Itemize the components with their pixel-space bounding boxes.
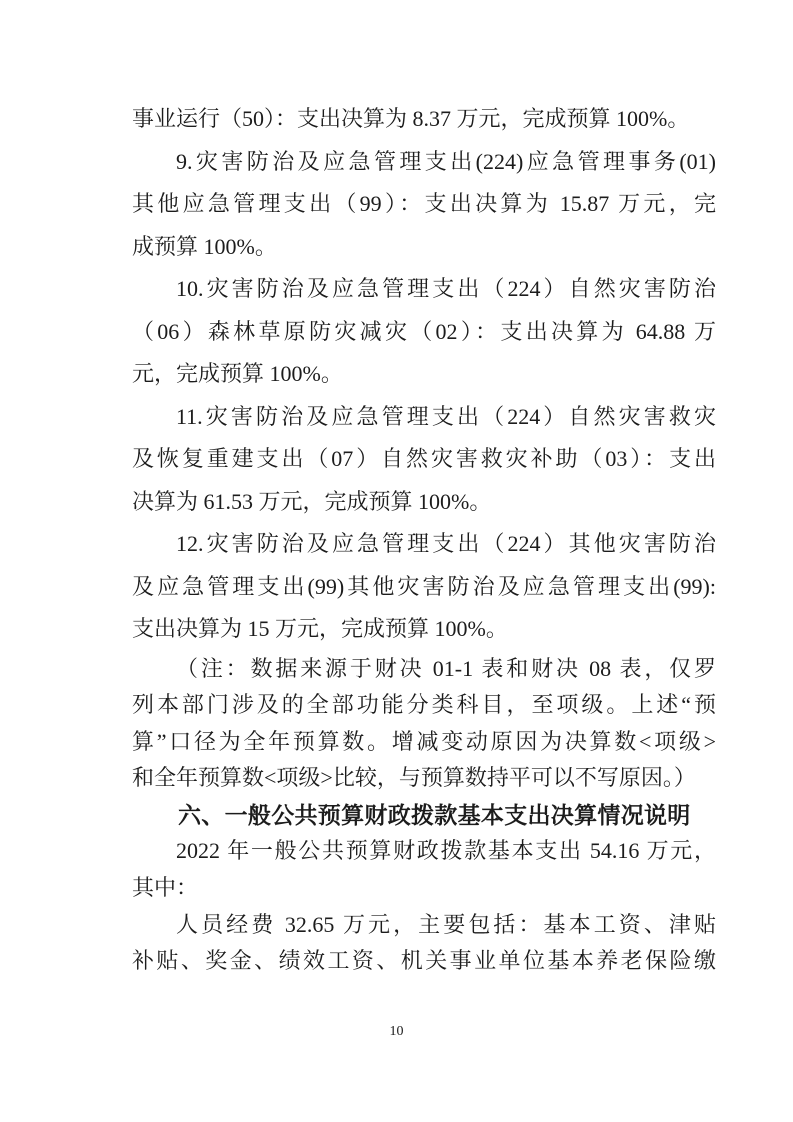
text-line: 10.灾害防治及应急管理支出（224）自然灾害防治 [132,268,716,311]
para-continuation-item-8: 事业运行（50）：支出决算为 8.37 万元，完成预算 100%。 [132,98,716,141]
para-basic-expenditure-total: 2022 年一般公共预算财政拨款基本支出 54.16 万元，其中： [132,833,716,906]
text-line: 11.灾害防治及应急管理支出（224）自然灾害救灾 [132,396,716,439]
text-line: （注：数据来源于财决 01-1 表和财决 08 表，仅罗 [132,651,716,688]
text-line: 12.灾害防治及应急管理支出（224）其他灾害防治 [132,523,716,566]
text-line: 补贴、奖金、绩效工资、机关事业单位基本养老保险缴 [132,943,716,980]
para-item-11: 11.灾害防治及应急管理支出（224）自然灾害救灾及恢复重建支出（07）自然灾害… [132,396,716,524]
text-line: 六、一般公共预算财政拨款基本支出决算情况说明 [132,797,716,834]
text-line: 事业运行（50）：支出决算为 8.37 万元，完成预算 100%。 [132,98,716,141]
para-item-10: 10.灾害防治及应急管理支出（224）自然灾害防治（06）森林草原防灾减灾（02… [132,268,716,396]
para-item-9: 9.灾害防治及应急管理支出(224)应急管理事务(01)其他应急管理支出（99）… [132,141,716,269]
para-heading-section-six: 六、一般公共预算财政拨款基本支出决算情况说明 [132,797,716,834]
text-line: 列本部门涉及的全部功能分类科目，至项级。上述“预 [132,687,716,724]
text-line: 9.灾害防治及应急管理支出(224)应急管理事务(01) [132,141,716,184]
text-line: （06）森林草原防灾减灾（02）：支出决算为 64.88 万 [132,311,716,354]
text-line: 支出决算为 15 万元，完成预算 100%。 [132,608,716,651]
page-footer: 10 [0,1022,793,1040]
text-line: 决算为 61.53 万元，完成预算 100%。 [132,481,716,524]
document-page: 事业运行（50）：支出决算为 8.37 万元，完成预算 100%。9.灾害防治及… [0,0,793,1122]
text-line: 2022 年一般公共预算财政拨款基本支出 54.16 万元， [132,833,716,870]
para-item-12: 12.灾害防治及应急管理支出（224）其他灾害防治及应急管理支出(99)其他灾害… [132,523,716,651]
text-line: 及应急管理支出(99)其他灾害防治及应急管理支出(99): [132,566,716,609]
text-line: 元，完成预算 100%。 [132,353,716,396]
text-line: 及恢复重建支出（07）自然灾害救灾补助（03）：支出 [132,438,716,481]
text-line: 人员经费 32.65 万元，主要包括：基本工资、津贴 [132,907,716,944]
text-line: 其他应急管理支出（99）：支出决算为 15.87 万元，完 [132,183,716,226]
text-line: 算”口径为全年预算数。增减变动原因为决算数<项级> [132,724,716,761]
para-personnel-expense: 人员经费 32.65 万元，主要包括：基本工资、津贴补贴、奖金、绩效工资、机关事… [132,907,716,980]
document-body: 事业运行（50）：支出决算为 8.37 万元，完成预算 100%。9.灾害防治及… [132,98,716,980]
text-line: 其中： [132,870,716,907]
para-note: （注：数据来源于财决 01-1 表和财决 08 表，仅罗列本部门涉及的全部功能分… [132,651,716,797]
page-number: 10 [390,1024,404,1039]
text-line: 成预算 100%。 [132,226,716,269]
text-line: 和全年预算数<项级>比较，与预算数持平可以不写原因。） [132,760,716,797]
